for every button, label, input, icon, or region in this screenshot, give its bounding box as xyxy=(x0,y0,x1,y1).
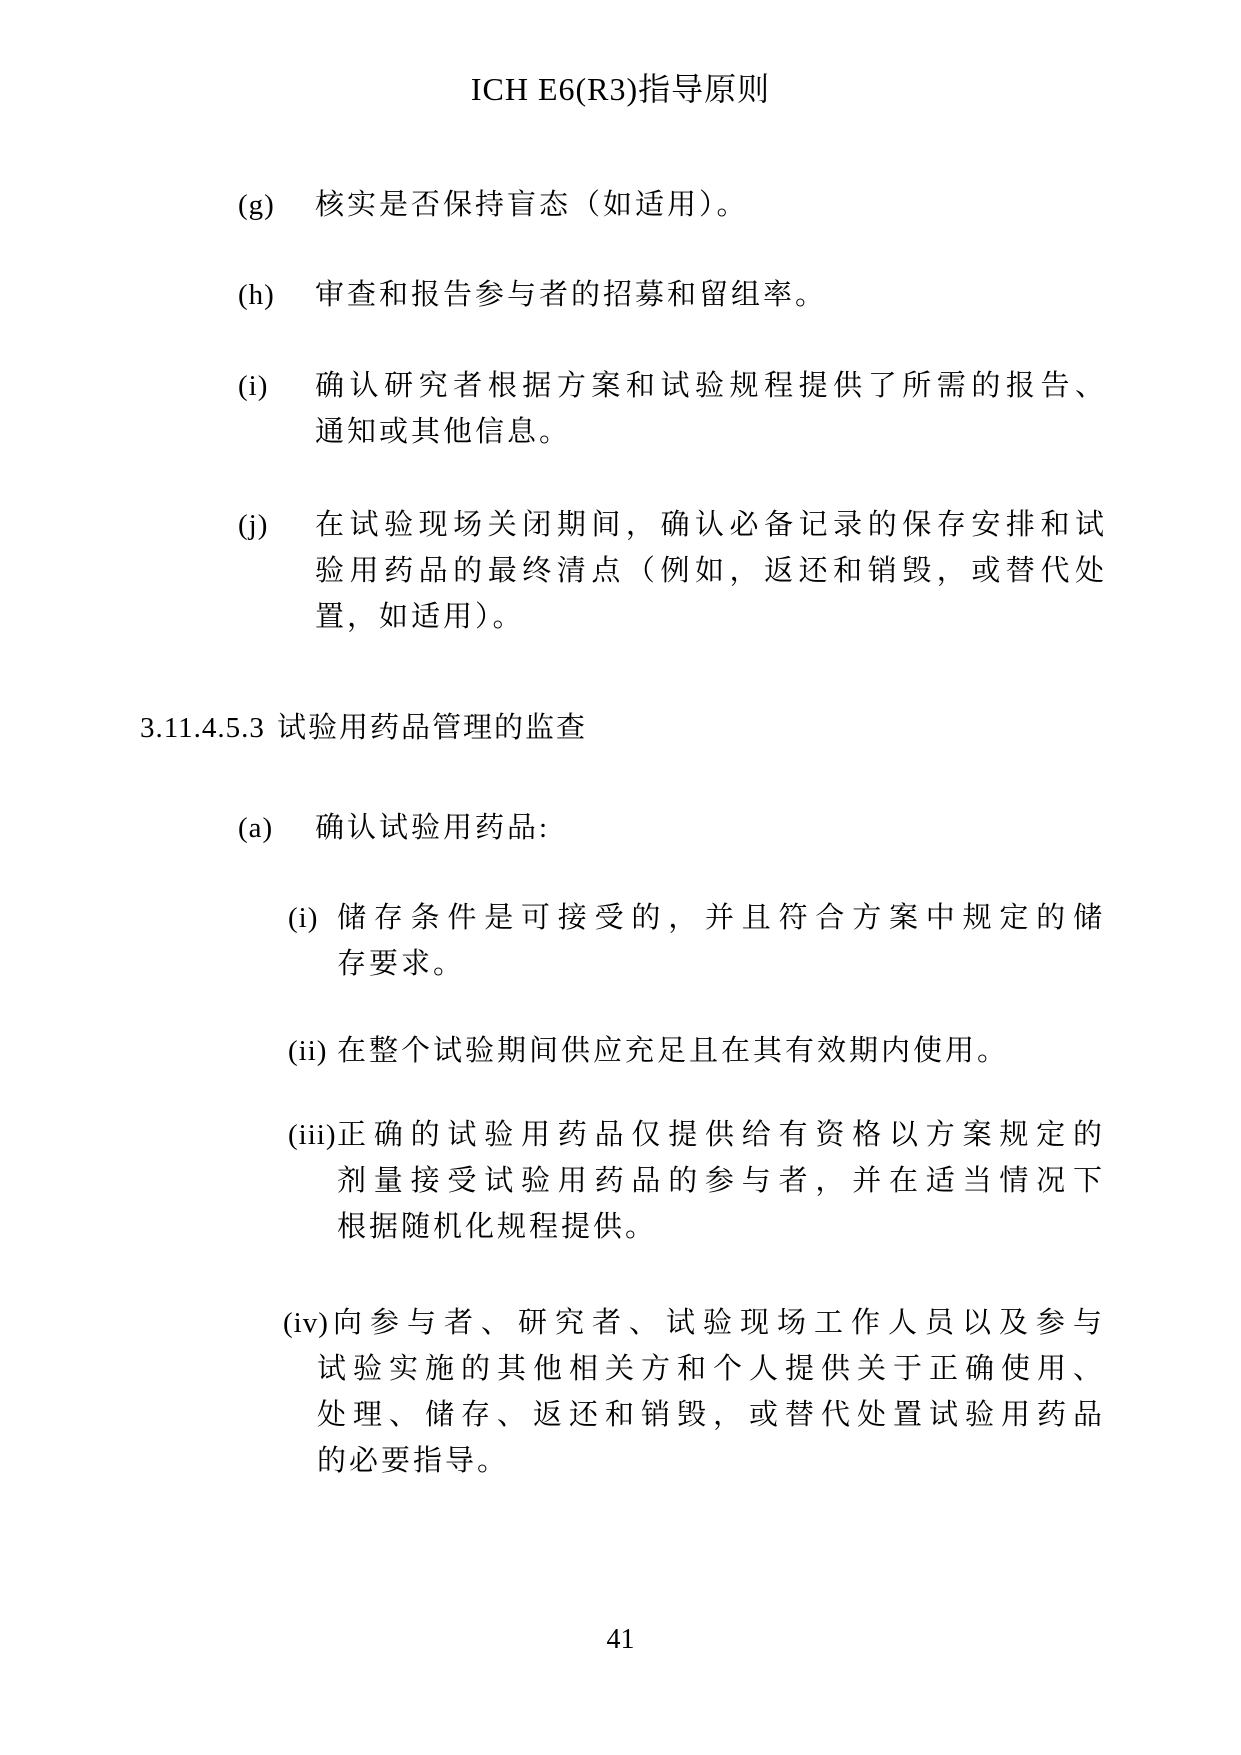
text-line: 置，如适用）。 xyxy=(315,594,1107,640)
section-heading: 3.11.4.5.3试验用药品管理的监查 xyxy=(140,705,587,751)
sub-item-text-iv: 向参与者、研究者、试验现场工作人员以及参与试验实施的其他相关方和个人提供关于正确… xyxy=(317,1300,1105,1484)
text-line: 储存条件是可接受的，并且符合方案中规定的储 xyxy=(337,895,1105,941)
sub-item-text-ii: 在整个试验期间供应充足且在其有效期内使用。 xyxy=(337,1028,1105,1074)
item-label-g: (g) xyxy=(238,182,275,228)
text-line: 正确的试验用药品仅提供给有资格以方案规定的 xyxy=(337,1112,1105,1158)
section-title: 试验用药品管理的监查 xyxy=(277,712,587,744)
sub-item-text-i: 储存条件是可接受的，并且符合方案中规定的储存要求。 xyxy=(337,895,1105,987)
text-line: 向参与者、研究者、试验现场工作人员以及参与 xyxy=(317,1300,1105,1346)
sub-item-label-i: (i) xyxy=(288,895,318,941)
text-line: 核实是否保持盲态（如适用）。 xyxy=(315,182,1107,228)
text-line: 剂量接受试验用药品的参与者，并在适当情况下 xyxy=(337,1158,1105,1204)
sub-item-label-iii: (iii) xyxy=(288,1112,337,1158)
page-header-title: ICH E6(R3)指导原则 xyxy=(0,66,1241,113)
text-line: 审查和报告参与者的招募和留组率。 xyxy=(315,272,1107,318)
sub-item-label-ii: (ii) xyxy=(288,1028,327,1074)
document-page: ICH E6(R3)指导原则 (g) 核实是否保持盲态（如适用）。 (h) 审查… xyxy=(0,0,1241,1755)
item-text-g: 核实是否保持盲态（如适用）。 xyxy=(315,182,1107,228)
text-line: 在整个试验期间供应充足且在其有效期内使用。 xyxy=(337,1028,1105,1074)
text-line: 验用药品的最终清点（例如，返还和销毁，或替代处 xyxy=(315,548,1107,594)
item-label-j: (j) xyxy=(238,502,268,548)
item-text-j: 在试验现场关闭期间，确认必备记录的保存安排和试验用药品的最终清点（例如，返还和销… xyxy=(315,502,1107,640)
text-line: 在试验现场关闭期间，确认必备记录的保存安排和试 xyxy=(315,502,1107,548)
text-line: 的必要指导。 xyxy=(317,1438,1105,1484)
item-label-h: (h) xyxy=(238,272,275,318)
item-text-i: 确认研究者根据方案和试验规程提供了所需的报告、通知或其他信息。 xyxy=(315,363,1107,455)
section-number: 3.11.4.5.3 xyxy=(140,712,265,744)
text-line: 试验实施的其他相关方和个人提供关于正确使用、 xyxy=(317,1346,1105,1392)
sub-item-text-iii: 正确的试验用药品仅提供给有资格以方案规定的剂量接受试验用药品的参与者，并在适当情… xyxy=(337,1112,1105,1250)
item-label-i: (i) xyxy=(238,363,268,409)
text-line: 根据随机化规程提供。 xyxy=(337,1204,1105,1250)
page-number: 41 xyxy=(0,1617,1241,1663)
item-label-a: (a) xyxy=(238,805,273,851)
text-line: 确认研究者根据方案和试验规程提供了所需的报告、 xyxy=(315,363,1107,409)
item-text-h: 审查和报告参与者的招募和留组率。 xyxy=(315,272,1107,318)
text-line: 确认试验用药品: xyxy=(315,805,1107,851)
item-text-a: 确认试验用药品: xyxy=(315,805,1107,851)
text-line: 存要求。 xyxy=(337,941,1105,987)
text-line: 处理、储存、返还和销毁，或替代处置试验用药品 xyxy=(317,1392,1105,1438)
text-line: 通知或其他信息。 xyxy=(315,409,1107,455)
